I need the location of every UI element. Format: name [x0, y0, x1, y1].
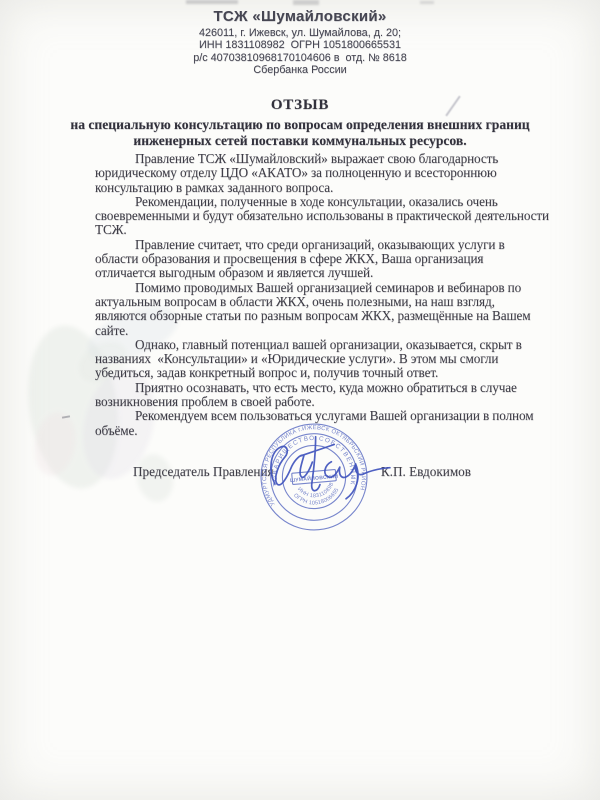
body-line: своевременными и будут обязательно испол…	[95, 209, 535, 223]
body-line: актуальным вопросам в области ЖКХ, очень…	[95, 295, 535, 309]
scanned-letter-page: ТСЖ «Шумайловский» 426011, г. Ижевск, ул…	[0, 0, 600, 800]
body-line: отличается выгодным образом и является л…	[95, 266, 535, 280]
document-subtitle-line: на специальную консультацию по вопросам …	[0, 117, 600, 133]
body-line: области образования и просвещения в сфер…	[95, 252, 535, 266]
body-line: Приятно осознавать, что есть место, куда…	[95, 381, 535, 395]
body-line: ТСЖ.	[95, 223, 535, 237]
letterhead-address-line: 426011, г. Ижевск, ул. Шумайлова, д. 20;	[0, 27, 600, 39]
handwritten-signature	[255, 423, 401, 518]
scan-smudge	[420, 1, 434, 4]
letterhead-inn-ogrn-line: ИНН 1831108982 ОГРН 1051800665531	[0, 39, 600, 51]
paragraph: Однако, главный потенциал вашей организа…	[95, 338, 535, 381]
organization-name: ТСЖ «Шумайловский»	[0, 8, 600, 25]
scan-smudge	[293, 0, 319, 5]
paragraph: Рекомендации, полученные в ходе консульт…	[95, 195, 535, 238]
body-line: являются обзорные статьи по разным вопро…	[95, 309, 535, 323]
signatory-role: Председатель Правления	[133, 464, 274, 480]
scan-smudge	[186, 0, 238, 4]
body-line: Правление ТСЖ «Шумайловский» выражает св…	[95, 152, 535, 166]
paragraph: Правление считает, что среди организаций…	[95, 238, 535, 281]
document-title: ОТЗЫВ	[0, 97, 600, 114]
body-line: Помимо проводимых Вашей организацией сем…	[95, 281, 535, 295]
letterhead-bank-line: Сбербанка России	[0, 64, 600, 76]
paragraph: Помимо проводимых Вашей организацией сем…	[95, 281, 535, 338]
paragraph: Приятно осознавать, что есть место, куда…	[95, 381, 535, 410]
body-line: Однако, главный потенциал вашей организа…	[95, 338, 535, 352]
body-line: Рекомендации, полученные в ходе консульт…	[95, 195, 535, 209]
body-line: возникновения проблем в своей работе.	[95, 395, 535, 409]
title-block: ОТЗЫВ на специальную консультацию по воп…	[0, 97, 600, 148]
body-line: сайте.	[95, 324, 535, 338]
letterhead: ТСЖ «Шумайловский» 426011, г. Ижевск, ул…	[0, 8, 600, 77]
letterhead-account-line: р/с 40703810968170104606 в отд. № 8618	[0, 52, 600, 64]
body-line: Правление считает, что среди организаций…	[95, 238, 535, 252]
body-line: названиях «Консультации» и «Юридические …	[95, 352, 535, 366]
body-line: консультацию в рамках заданного вопроса.	[95, 181, 535, 195]
paragraph: Правление ТСЖ «Шумайловский» выражает св…	[95, 152, 535, 195]
body-line: убедиться, задав конкретный вопрос и, по…	[95, 366, 535, 380]
body-line: юридическому отделу ЦДО «АКАТО» за полно…	[95, 166, 535, 180]
document-subtitle-line: инженерных сетей поставки коммунальных р…	[0, 133, 600, 149]
margin-dash-artifact	[62, 415, 70, 418]
letter-body: Правление ТСЖ «Шумайловский» выражает св…	[95, 152, 535, 438]
